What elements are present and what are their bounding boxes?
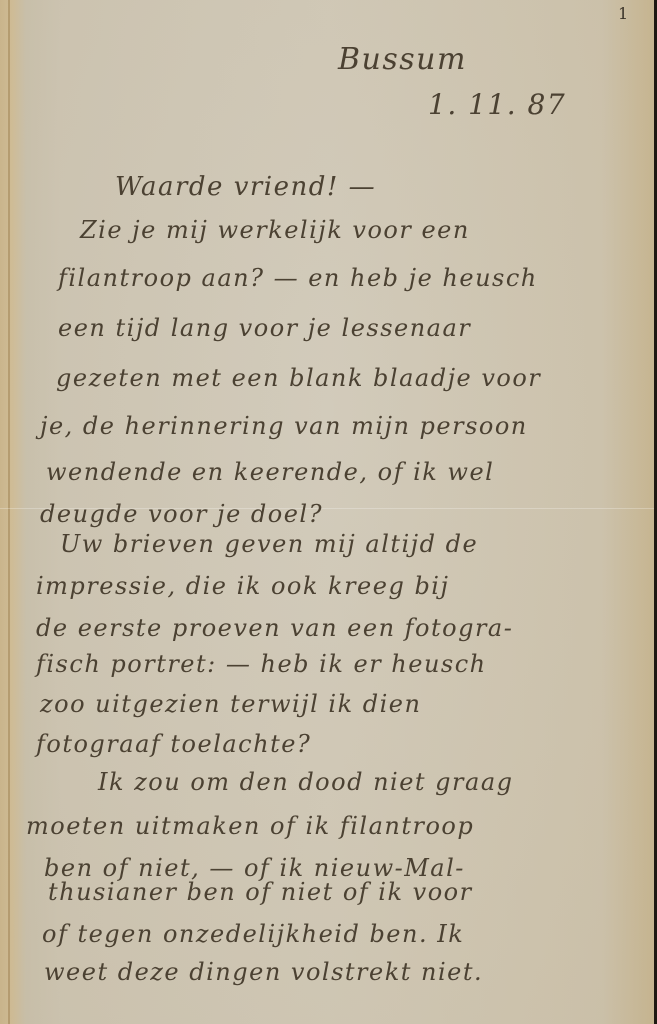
- letter-line: Zie je mij werkelijk voor een: [80, 216, 470, 244]
- letter-line: deugde voor je doel?: [40, 500, 323, 528]
- letter-line: gezeten met een blank blaadje voor: [56, 364, 541, 392]
- letter-line: of tegen onzedelijkheid ben. Ik: [42, 920, 464, 948]
- letter-line: je, de herinnering van mijn persoon: [40, 412, 528, 440]
- letter-line: thusianer ben of niet of ik voor: [48, 878, 473, 906]
- letter-line: weet deze dingen volstrekt niet.: [44, 958, 483, 986]
- letter-line: fisch portret: — heb ik er heusch: [36, 650, 487, 678]
- letter-place: Bussum: [338, 42, 467, 77]
- letter-line: fotograaf toelachte?: [36, 730, 311, 758]
- page-number: 1: [618, 4, 630, 23]
- letter-page: 1 Bussum 1. 11. 87 Waarde vriend! — Zie …: [0, 0, 654, 1024]
- letter-salutation: Waarde vriend! —: [115, 172, 376, 202]
- letter-date: 1. 11. 87: [428, 88, 566, 121]
- letter-line: Uw brieven geven mij altijd de: [60, 530, 478, 558]
- letter-line: Ik zou om den dood niet graag: [98, 768, 514, 796]
- letter-line: zoo uitgezien terwijl ik dien: [40, 690, 421, 718]
- letter-line: moeten uitmaken of ik filantroop: [26, 812, 474, 840]
- letter-line: filantroop aan? — en heb je heusch: [58, 264, 538, 292]
- letter-line: wendende en keerende, of ik wel: [46, 458, 494, 486]
- letter-line: een tijd lang voor je lessenaar: [58, 314, 471, 342]
- paper-left-edge: [8, 0, 10, 1024]
- letter-line: impressie, die ik ook kreeg bij: [36, 572, 449, 600]
- letter-line: de eerste proeven van een fotogra-: [36, 614, 513, 642]
